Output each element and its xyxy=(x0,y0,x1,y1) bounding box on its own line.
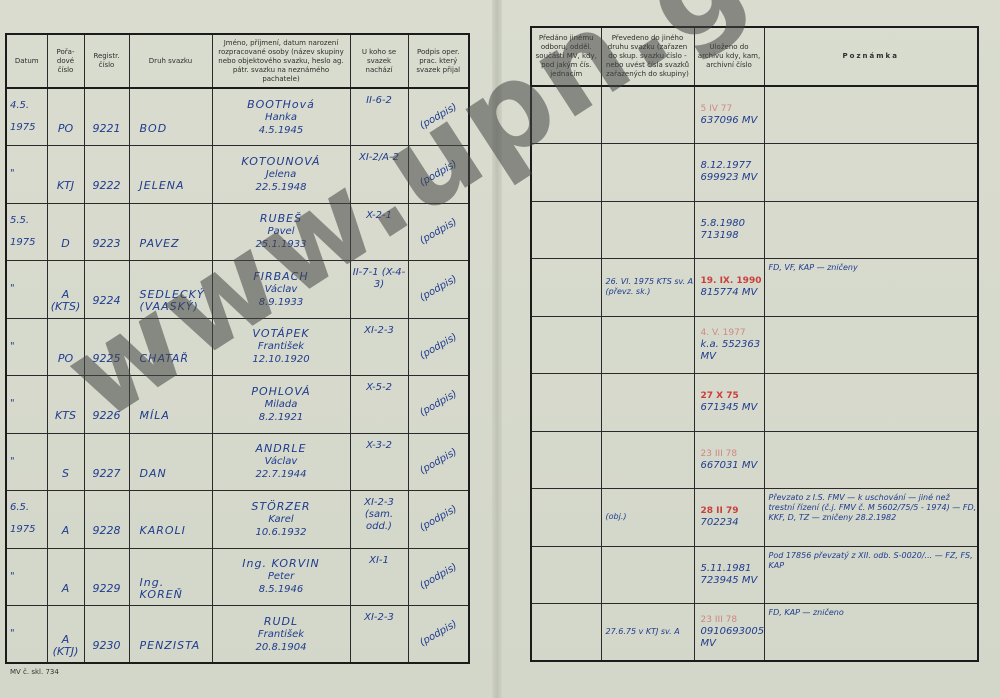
table-row: 27 X 75 671345 MV xyxy=(531,374,978,432)
date-cell: " xyxy=(6,548,47,606)
holder-cell: XI-2-3 (sam. odd.) xyxy=(350,491,408,549)
archive-number: 0910693005 MV xyxy=(701,626,765,649)
archive-number: k.a. 552363 MV xyxy=(701,339,761,362)
holder-cell: X-3-2 xyxy=(350,433,408,491)
signature-cell: (podpis) xyxy=(408,548,469,606)
transferred-cell xyxy=(601,86,694,144)
note-cell xyxy=(764,201,978,259)
signature-cell: (podpis) xyxy=(408,203,469,261)
handed-over-cell xyxy=(531,144,601,202)
file-type-cell: MÍLA xyxy=(129,376,212,434)
note-cell: FD, KAP — zničeno xyxy=(764,604,978,662)
person-cell: STÖRZER Karel 10.6.1932 xyxy=(212,491,350,549)
table-row: " PO 9225 CHATAŘ VOTÁPEK František 12.10… xyxy=(6,318,469,376)
date-cell: " xyxy=(6,376,47,434)
birth-date: 22.7.1944 xyxy=(213,468,350,481)
surname: FIRBACH xyxy=(213,270,350,283)
registry-number-cell: 9222 xyxy=(84,146,129,204)
handed-over-cell xyxy=(531,489,601,547)
holder-cell: XI-1 xyxy=(350,548,408,606)
table-row: 6.5. 1975 A 9228 KAROLI STÖRZER Karel 10… xyxy=(6,491,469,549)
archive-date-stamp: 27 X 75 xyxy=(701,390,764,402)
col-header-handed-over: Předáno jinému odboru, odděl. součásti M… xyxy=(531,27,601,86)
holder-cell: XI-2/A-2 xyxy=(350,146,408,204)
signature-cell: (podpis) xyxy=(408,433,469,491)
registry-number-cell: 9230 xyxy=(84,606,129,664)
first-name: Václav xyxy=(213,283,350,296)
order-code-cell: S xyxy=(47,433,84,491)
note-cell: FD, VF, KAP — zničeny xyxy=(764,259,978,317)
col-header-transferred: Převedeno do jiného druhu svazku (zařaze… xyxy=(601,27,694,86)
surname: Ing. KORVIN xyxy=(213,557,350,570)
note-cell xyxy=(764,86,978,144)
order-code-cell: PO xyxy=(47,88,84,146)
birth-date: 22.5.1948 xyxy=(213,181,350,194)
surname: VOTÁPEK xyxy=(213,327,350,340)
birth-date: 8.2.1921 xyxy=(213,411,350,424)
col-header-holder: U koho se svazek nachází xyxy=(350,34,408,88)
table-row: (obj.) 28 II 79 702234 Převzato z I.S. F… xyxy=(531,489,978,547)
birth-date: 4.5.1945 xyxy=(213,124,350,137)
surname: BOOTHová xyxy=(213,98,350,111)
archive-cell: 23 III 78 0910693005 MV xyxy=(694,604,764,662)
archive-cell: 27 X 75 671345 MV xyxy=(694,374,764,432)
file-type-cell: DAN xyxy=(129,433,212,491)
col-header-order-number: Pořa-dové číslo xyxy=(47,34,84,88)
order-code-cell: KTS xyxy=(47,376,84,434)
first-name: Pavel xyxy=(213,225,350,238)
file-type-cell: PENZISTA xyxy=(129,606,212,664)
person-cell: RUBEŠ Pavel 25.1.1933 xyxy=(212,203,350,261)
order-code-cell: D xyxy=(47,203,84,261)
note-cell: Pod 17856 převzatý z XII. odb. S-0020/..… xyxy=(764,546,978,604)
col-header-person: Jméno, příjmení, datum narození rozpraco… xyxy=(212,34,350,88)
signature-cell: (podpis) xyxy=(408,146,469,204)
registry-number-cell: 9223 xyxy=(84,203,129,261)
handed-over-cell xyxy=(531,201,601,259)
date-cell: " xyxy=(6,433,47,491)
book-spine xyxy=(492,0,502,698)
col-header-date: Datum xyxy=(6,34,47,88)
archive-number: 667031 MV xyxy=(701,460,758,471)
order-code-cell: A (KTJ) xyxy=(47,606,84,664)
date-cell: " xyxy=(6,146,47,204)
col-header-registry-number: Registr. číslo xyxy=(84,34,129,88)
surname: RUDL xyxy=(213,615,350,628)
archive-cell: 8.12.1977 699923 MV xyxy=(694,144,764,202)
table-row: 5.8.1980 713198 xyxy=(531,201,978,259)
handed-over-cell xyxy=(531,431,601,489)
registry-number-cell: 9227 xyxy=(84,433,129,491)
col-header-signature: Podpis oper. prac. který svazek přijal xyxy=(408,34,469,88)
date-cell: " xyxy=(6,606,47,664)
table-row: " A (KTJ) 9230 PENZISTA RUDL František 2… xyxy=(6,606,469,664)
date-cell: 4.5. 1975 xyxy=(6,88,47,146)
archive-number: 5.11.1981 723945 MV xyxy=(701,563,758,586)
signature-cell: (podpis) xyxy=(408,88,469,146)
file-type-cell: SEDLECKÝ (VAASKÝ) xyxy=(129,261,212,319)
holder-cell: II-6-2 xyxy=(350,88,408,146)
person-cell: ANDRLE Václav 22.7.1944 xyxy=(212,433,350,491)
signature-cell: (podpis) xyxy=(408,376,469,434)
surname: KOTOUNOVÁ xyxy=(213,155,350,168)
archive-date-stamp: 28 II 79 xyxy=(701,505,764,517)
archive-cell: 5.8.1980 713198 xyxy=(694,201,764,259)
archive-date-stamp: 23 III 78 xyxy=(701,448,764,460)
holder-cell: II-7-1 (X-4-3) xyxy=(350,261,408,319)
file-type-cell: CHATAŘ xyxy=(129,318,212,376)
signature-cell: (podpis) xyxy=(408,261,469,319)
table-row: 4.5. 1975 PO 9221 BOD BOOTHová Hanka 4.5… xyxy=(6,88,469,146)
archive-number: 5.8.1980 713198 xyxy=(701,218,746,241)
col-header-archived: Uloženo do archivu kdy, kam, archivní čí… xyxy=(694,27,764,86)
birth-date: 25.1.1933 xyxy=(213,238,350,251)
surname: ANDRLE xyxy=(213,442,350,455)
file-type-cell: BOD xyxy=(129,88,212,146)
first-name: Hanka xyxy=(213,111,350,124)
file-type-cell: Ing. KOREŇ xyxy=(129,548,212,606)
transferred-cell: (obj.) xyxy=(601,489,694,547)
note-cell xyxy=(764,316,978,374)
registry-number-cell: 9228 xyxy=(84,491,129,549)
col-header-file-type: Druh svazku xyxy=(129,34,212,88)
table-row: " KTJ 9222 JELENA KOTOUNOVÁ Jelena 22.5.… xyxy=(6,146,469,204)
archive-cell: 23 III 78 667031 MV xyxy=(694,431,764,489)
first-name: Peter xyxy=(213,570,350,583)
handed-over-cell xyxy=(531,316,601,374)
holder-cell: XI-2-3 xyxy=(350,606,408,664)
archive-number: 702234 xyxy=(701,517,739,528)
archive-cell: 5 IV 77 637096 MV xyxy=(694,86,764,144)
registry-number-cell: 9229 xyxy=(84,548,129,606)
form-code: MV č. skl. 734 xyxy=(10,668,59,676)
date-cell: " xyxy=(6,261,47,319)
transferred-cell: 26. VI. 1975 KTS sv. A (převz. sk.) xyxy=(601,259,694,317)
archive-number: 8.12.1977 699923 MV xyxy=(701,160,758,183)
first-name: Karel xyxy=(213,513,350,526)
order-code-cell: A xyxy=(47,491,84,549)
surname: POHLOVÁ xyxy=(213,385,350,398)
table-row: 27.6.75 v KTJ sv. A 23 III 78 0910693005… xyxy=(531,604,978,662)
table-row: 23 III 78 667031 MV xyxy=(531,431,978,489)
archive-number: 671345 MV xyxy=(701,402,758,413)
table-row: " A (KTS) 9224 SEDLECKÝ (VAASKÝ) FIRBACH… xyxy=(6,261,469,319)
first-name: František xyxy=(213,340,350,353)
file-type-cell: PAVEZ xyxy=(129,203,212,261)
col-header-note: Poznámka xyxy=(764,27,978,86)
registry-number-cell: 9221 xyxy=(84,88,129,146)
handed-over-cell xyxy=(531,259,601,317)
signature-cell: (podpis) xyxy=(408,606,469,664)
table-row: " A 9229 Ing. KOREŇ Ing. KORVIN Peter 8.… xyxy=(6,548,469,606)
date-cell: 5.5. 1975 xyxy=(6,203,47,261)
holder-cell: X-5-2 xyxy=(350,376,408,434)
handed-over-cell xyxy=(531,546,601,604)
file-type-cell: JELENA xyxy=(129,146,212,204)
archive-date-stamp: 5 IV 77 xyxy=(701,103,764,115)
transferred-cell xyxy=(601,546,694,604)
transferred-cell xyxy=(601,144,694,202)
registry-table-left: Datum Pořa-dové číslo Registr. číslo Dru… xyxy=(5,33,470,664)
order-code-cell: PO xyxy=(47,318,84,376)
transferred-cell: 27.6.75 v KTJ sv. A xyxy=(601,604,694,662)
table-row: 8.12.1977 699923 MV xyxy=(531,144,978,202)
transferred-cell xyxy=(601,201,694,259)
table-row: " KTS 9226 MÍLA POHLOVÁ Milada 8.2.1921 … xyxy=(6,376,469,434)
table-row: 26. VI. 1975 KTS sv. A (převz. sk.) 19. … xyxy=(531,259,978,317)
birth-date: 12.10.1920 xyxy=(213,353,350,366)
handed-over-cell xyxy=(531,374,601,432)
table-row: " S 9227 DAN ANDRLE Václav 22.7.1944 X-3… xyxy=(6,433,469,491)
signature-cell: (podpis) xyxy=(408,318,469,376)
file-type-cell: KAROLI xyxy=(129,491,212,549)
person-cell: FIRBACH Václav 8.9.1933 xyxy=(212,261,350,319)
person-cell: VOTÁPEK František 12.10.1920 xyxy=(212,318,350,376)
note-cell xyxy=(764,374,978,432)
birth-date: 10.6.1932 xyxy=(213,526,350,539)
first-name: Václav xyxy=(213,455,350,468)
order-code-cell: KTJ xyxy=(47,146,84,204)
holder-cell: XI-2-3 xyxy=(350,318,408,376)
note-cell: Převzato z I.S. FMV — k uschování — jiné… xyxy=(764,489,978,547)
surname: STÖRZER xyxy=(213,500,350,513)
table-row: 5 IV 77 637096 MV xyxy=(531,86,978,144)
first-name: František xyxy=(213,628,350,641)
table-row: 5.11.1981 723945 MV Pod 17856 převzatý z… xyxy=(531,546,978,604)
transferred-cell xyxy=(601,316,694,374)
table-row: 5.5. 1975 D 9223 PAVEZ RUBEŠ Pavel 25.1.… xyxy=(6,203,469,261)
registry-number-cell: 9225 xyxy=(84,318,129,376)
registry-table-right: Předáno jinému odboru, odděl. součásti M… xyxy=(530,26,979,662)
handed-over-cell xyxy=(531,86,601,144)
archive-number: 815774 MV xyxy=(701,287,758,298)
archive-number: 637096 MV xyxy=(701,115,758,126)
person-cell: BOOTHová Hanka 4.5.1945 xyxy=(212,88,350,146)
birth-date: 8.5.1946 xyxy=(213,583,350,596)
person-cell: RUDL František 20.8.1904 xyxy=(212,606,350,664)
transferred-cell xyxy=(601,374,694,432)
person-cell: POHLOVÁ Milada 8.2.1921 xyxy=(212,376,350,434)
note-cell xyxy=(764,144,978,202)
registry-number-cell: 9224 xyxy=(84,261,129,319)
archive-date-stamp: 23 III 78 xyxy=(701,614,764,626)
person-cell: KOTOUNOVÁ Jelena 22.5.1948 xyxy=(212,146,350,204)
note-cell xyxy=(764,431,978,489)
archive-cell: 19. IX. 1990 815774 MV xyxy=(694,259,764,317)
birth-date: 8.9.1933 xyxy=(213,296,350,309)
archive-cell: 4. V. 1977 k.a. 552363 MV xyxy=(694,316,764,374)
birth-date: 20.8.1904 xyxy=(213,641,350,654)
header-row: Předáno jinému odboru, odděl. součásti M… xyxy=(531,27,978,86)
archive-cell: 28 II 79 702234 xyxy=(694,489,764,547)
date-cell: " xyxy=(6,318,47,376)
archive-date-stamp: 19. IX. 1990 xyxy=(701,275,764,287)
first-name: Milada xyxy=(213,398,350,411)
transferred-cell xyxy=(601,431,694,489)
header-row: Datum Pořa-dové číslo Registr. číslo Dru… xyxy=(6,34,469,88)
person-cell: Ing. KORVIN Peter 8.5.1946 xyxy=(212,548,350,606)
order-code-cell: A xyxy=(47,548,84,606)
signature-cell: (podpis) xyxy=(408,491,469,549)
date-cell: 6.5. 1975 xyxy=(6,491,47,549)
registry-number-cell: 9226 xyxy=(84,376,129,434)
archive-date-stamp: 4. V. 1977 xyxy=(701,327,764,339)
surname: RUBEŠ xyxy=(213,212,350,225)
handed-over-cell xyxy=(531,604,601,662)
first-name: Jelena xyxy=(213,168,350,181)
order-code-cell: A (KTS) xyxy=(47,261,84,319)
holder-cell: X-2-1 xyxy=(350,203,408,261)
archive-cell: 5.11.1981 723945 MV xyxy=(694,546,764,604)
table-row: 4. V. 1977 k.a. 552363 MV xyxy=(531,316,978,374)
